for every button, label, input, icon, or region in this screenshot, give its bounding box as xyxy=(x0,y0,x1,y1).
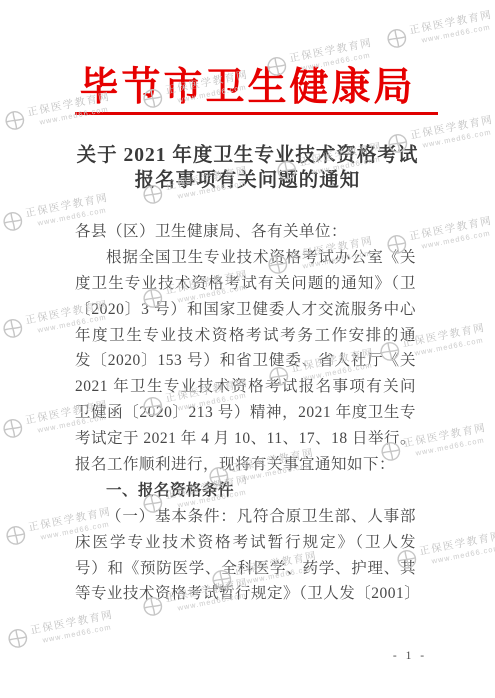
body-text-line: 发〔2020〕153 号）和省卫健委、省人社厅《关于组织开展 xyxy=(75,348,416,374)
watermark-logo-icon xyxy=(3,109,26,132)
watermark-url-text: www.med66.com xyxy=(414,335,488,356)
body-text-line: 度卫生专业技术资格考试有关问题的通知》（卫考办发 xyxy=(75,271,416,297)
body-text-line: 报名工作顺利进行，现将有关事宜通知如下： xyxy=(75,452,416,478)
watermark-texts: 正保医学教育网 www.med66.com xyxy=(419,531,495,567)
document-page: 毕节市卫生健康局 关于 2021 年度卫生专业技术资格考试 报名事项有关问题的通… xyxy=(0,0,495,698)
body-text-line: 根据全国卫生专业技术资格考试办公室《关于 2021 年 xyxy=(75,245,416,271)
watermark-url-text: www.med66.com xyxy=(421,228,495,249)
watermark-logo-icon xyxy=(4,524,27,547)
watermark-logo-icon xyxy=(1,317,24,340)
watermark-logo-icon xyxy=(1,417,24,440)
page-number: - 1 - xyxy=(380,650,440,662)
body-text-line: 〔2020〕3 号）和国家卫健委人才交流服务中心《关于 2021 xyxy=(75,297,416,323)
notice-title-line-1: 关于 2021 年度卫生专业技术资格考试 xyxy=(0,143,495,168)
watermark-logo-icon xyxy=(6,627,29,650)
watermark-texts: 正保医学教育网 www.med66.com xyxy=(409,216,495,252)
watermark-brand-text: 正保医学教育网 xyxy=(25,193,109,219)
body-text-line: 年度卫生专业技术资格考试考务工作安排的通知》（卫人才 xyxy=(75,323,416,349)
body-text-line: 卫健函〔2020〕213 号）精神，2021 年度卫生专业技术资格 xyxy=(75,400,416,426)
body-text-line: 2021 年卫生专业技术资格考试报名事项有关问题的通知》（黔 xyxy=(75,374,416,400)
agency-letterhead-title: 毕节市卫生健康局 xyxy=(0,56,495,112)
watermark-brand-text: 正保医学教育网 xyxy=(30,610,114,636)
body-text-line: 床医学专业技术资格考试暂行规定》（卫人发〔2000〕462 xyxy=(75,530,416,556)
body-text-line: 号）和《预防医学、全科医学、药学、护理、其他卫生技术 xyxy=(75,556,416,582)
watermark-brand-text: 正保医学教育网 xyxy=(409,216,493,242)
watermark-logo-icon xyxy=(385,27,408,50)
watermark-texts: 正保医学教育网 www.med66.com xyxy=(30,610,116,646)
letterhead-divider-rule xyxy=(75,112,438,115)
watermark-texts: 正保医学教育网 www.med66.com xyxy=(409,10,495,46)
watermark-url-text: www.med66.com xyxy=(415,435,489,456)
watermark-brand-text: 正保医学教育网 xyxy=(419,531,495,557)
notice-title-line-2: 报名事项有关问题的通知 xyxy=(0,168,495,193)
watermark-stamp: 正保医学教育网 www.med66.com xyxy=(385,10,495,50)
watermark-brand-text: 正保医学教育网 xyxy=(409,10,493,36)
notice-title: 关于 2021 年度卫生专业技术资格考试 报名事项有关问题的通知 xyxy=(0,143,495,193)
watermark-stamp: 正保医学教育网 www.med66.com xyxy=(6,610,116,650)
body-text-line: 等专业技术资格考试暂行规定》（卫人发〔2001〕164 号） xyxy=(75,581,416,607)
body-text-line: 各县（区）卫生健康局、各有关单位： xyxy=(75,219,416,245)
watermark-brand-text: 正保医学教育网 xyxy=(410,115,494,141)
watermark-url-text: www.med66.com xyxy=(42,622,116,643)
watermark-logo-icon xyxy=(1,210,24,233)
body-text-line: 一、报名资格条件 xyxy=(75,478,416,504)
body-text-line: （一）基本条件：凡符合原卫生部、人事部印发的《临 xyxy=(75,504,416,530)
watermark-url-text: www.med66.com xyxy=(431,543,495,564)
watermark-url-text: www.med66.com xyxy=(421,22,495,43)
body-text-line: 考试定于 2021 年 4 月 10、11、17、18 日举行。为保证考试 xyxy=(75,426,416,452)
notice-body: 各县（区）卫生健康局、各有关单位：根据全国卫生专业技术资格考试办公室《关于 20… xyxy=(75,219,416,607)
